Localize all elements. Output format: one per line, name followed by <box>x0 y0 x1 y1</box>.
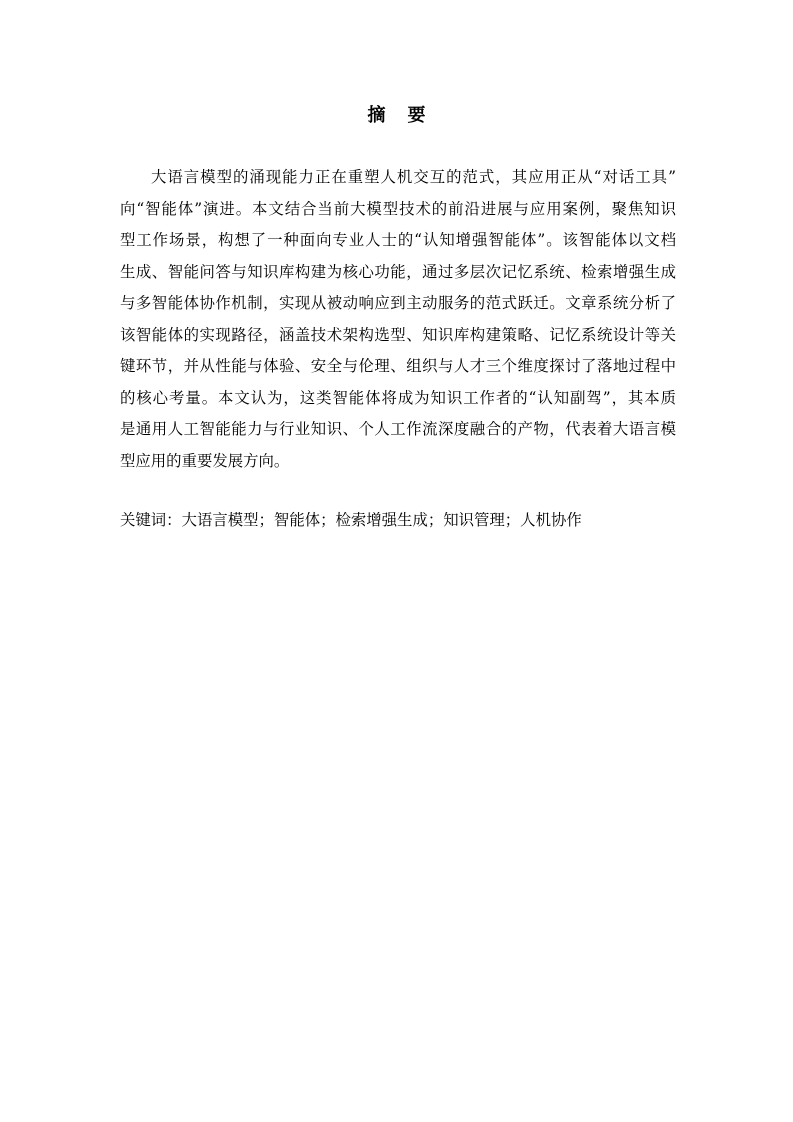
abstract-line: 的核心考量。本文认为，这类智能体将成为知识工作者的“认知副驾”，其本质 <box>120 388 676 408</box>
abstract-line: 是通用人工智能能力与行业知识、个人工作流深度融合的产物，代表着大语言模 <box>120 419 676 439</box>
abstract-title: 摘要 <box>0 104 793 128</box>
abstract-line: 大语言模型的涌现能力正在重塑人机交互的范式，其应用正从“对话工具” <box>151 167 676 187</box>
keywords-line: 关键词：大语言模型；智能体；检索增强生成；知识管理；人机协作 <box>120 510 582 530</box>
abstract-line: 生成、智能问答与知识库构建为核心功能，通过多层次记忆系统、检索增强生成 <box>120 262 676 282</box>
abstract-line: 键环节，并从性能与体验、安全与伦理、组织与人才三个维度探讨了落地过程中 <box>120 356 676 376</box>
title-char-1: 摘 <box>368 105 386 126</box>
document-page: 摘要 大语言模型的涌现能力正在重塑人机交互的范式，其应用正从“对话工具” 向“智… <box>0 0 793 1122</box>
abstract-line: 与多智能体协作机制，实现从被动响应到主动服务的范式跃迁。文章系统分析了 <box>120 293 676 313</box>
title-char-2: 要 <box>408 105 426 126</box>
abstract-line: 该智能体的实现路径，涵盖技术架构选型、知识库构建策略、记忆系统设计等关 <box>120 325 676 345</box>
abstract-line: 向“智能体”演进。本文结合当前大模型技术的前沿进展与应用案例，聚焦知识 <box>120 199 676 219</box>
keywords-text: 大语言模型；智能体；检索增强生成；知识管理；人机协作 <box>182 511 582 529</box>
abstract-line: 型工作场景，构想了一种面向专业人士的“认知增强智能体”。该智能体以文档 <box>120 230 676 250</box>
keywords-label: 关键词： <box>120 511 182 529</box>
abstract-line: 型应用的重要发展方向。 <box>120 451 676 471</box>
